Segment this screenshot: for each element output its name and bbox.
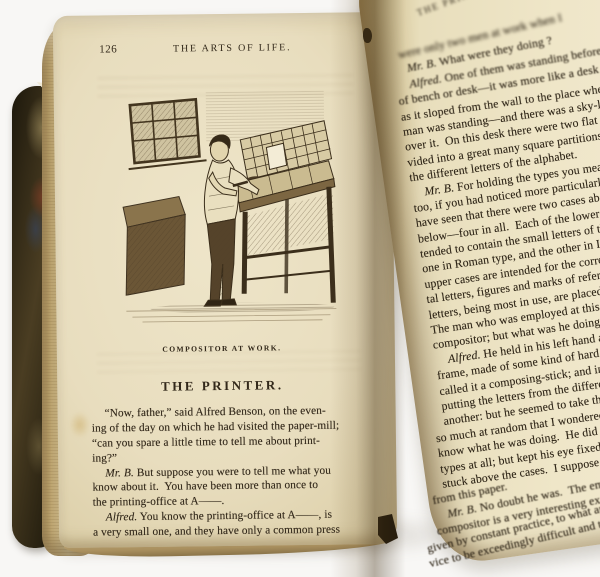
text-line: a very small one, and they have only a c… <box>93 523 397 542</box>
illustration-caption: COMPOSITOR AT WORK. <box>57 342 387 355</box>
compositor-illustration <box>120 87 343 335</box>
running-header: THE ARTS OF LIFE. <box>93 41 371 55</box>
left-page-text: “Now, father,” said Alfred Benson, on th… <box>92 404 398 542</box>
copy-paper <box>266 143 286 169</box>
left-page: 126 THE ARTS OF LIFE. <box>53 12 397 548</box>
type-case-desk <box>232 121 336 304</box>
book-photo: 126 THE ARTS OF LIFE. <box>0 0 600 577</box>
show-through-text <box>97 350 361 375</box>
paper-stain <box>70 412 90 438</box>
barred-window <box>128 99 207 169</box>
floor-shadow <box>150 302 334 314</box>
low-cabinet <box>123 196 186 295</box>
gutter-gap-top <box>363 28 372 43</box>
right-page-text: were only two men at work when IMr. B. W… <box>391 0 600 567</box>
running-header: THE PRINTER. <box>416 0 496 19</box>
section-title: THE PRINTER. <box>57 376 387 396</box>
